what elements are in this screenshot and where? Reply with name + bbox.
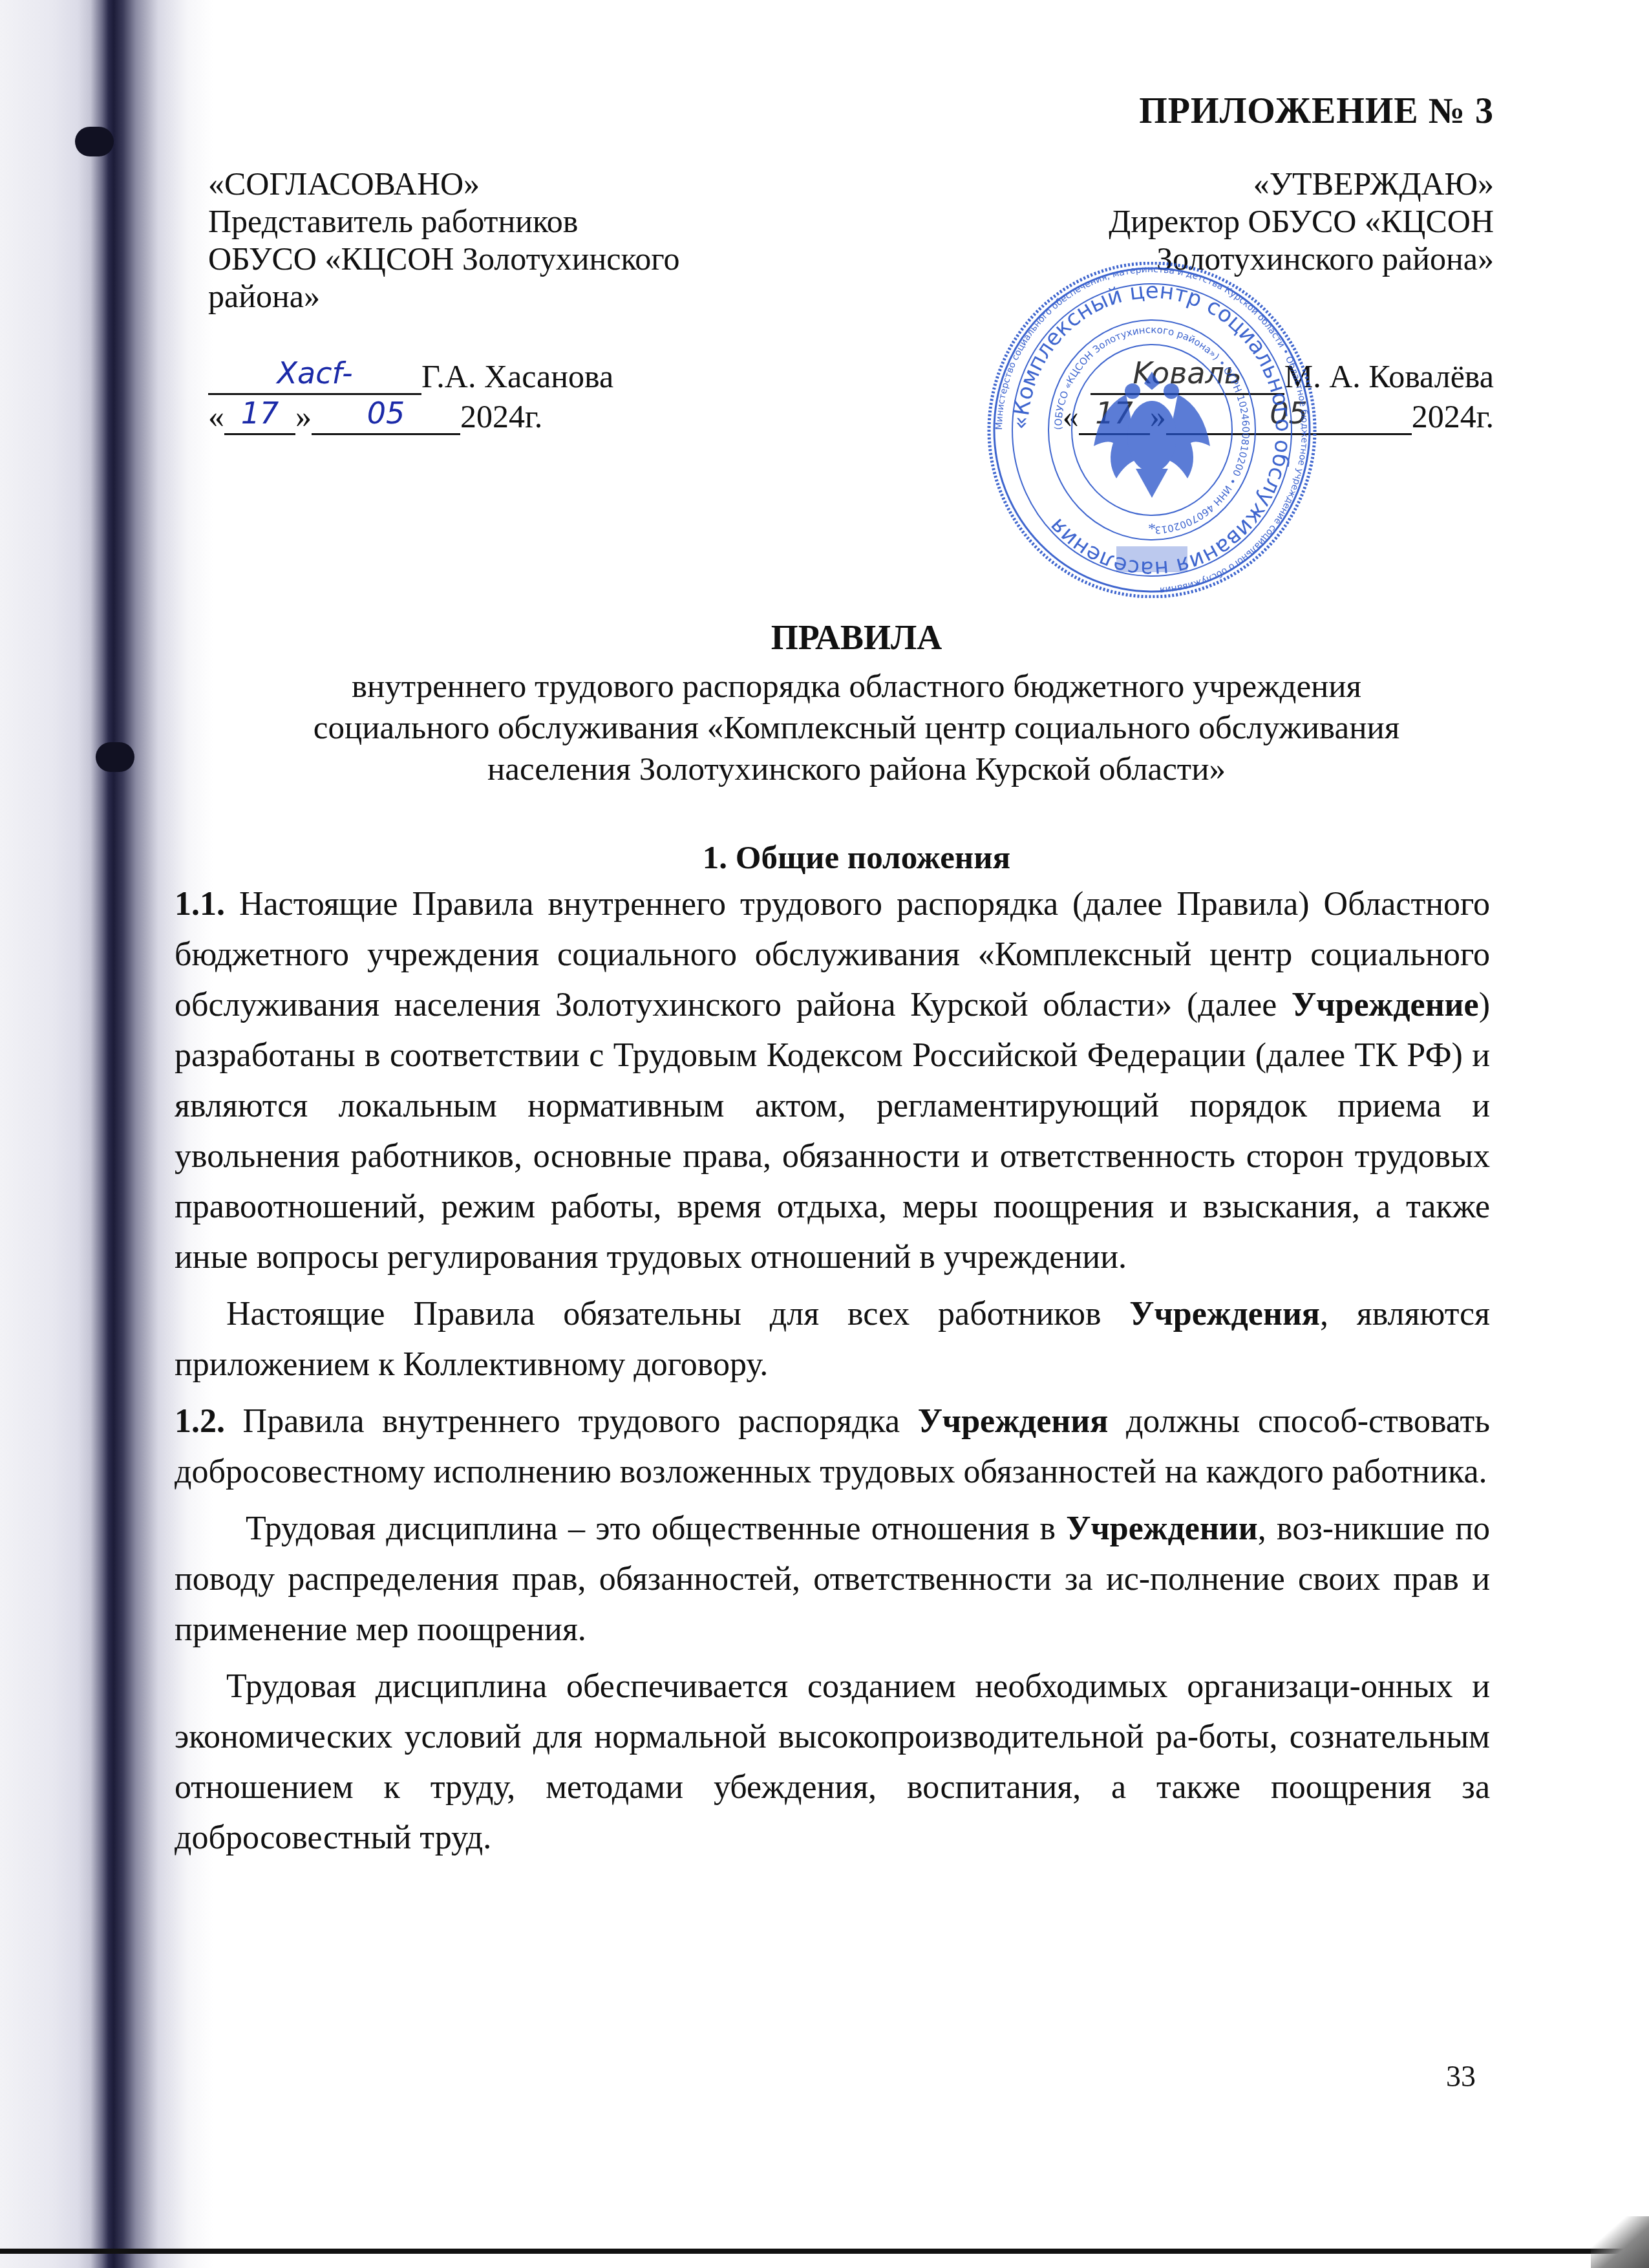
paragraph-rules-mandatory: Настоящие Правила обязательны для всех р… xyxy=(175,1289,1490,1390)
signature-field: Хасf- xyxy=(208,361,421,395)
agreed-line-2: ОБУСО «КЦСОН Золотухинского xyxy=(208,240,842,277)
section-heading: 1. Общие положения xyxy=(213,839,1500,877)
document-title: ПРАВИЛА xyxy=(213,617,1500,658)
subtitle-line: внутреннего трудового распорядка областн… xyxy=(213,666,1500,707)
agreed-line-3: района» xyxy=(208,277,842,315)
clause-number: 1.2. xyxy=(175,1403,225,1440)
date-day-field: 17 xyxy=(224,401,295,435)
agreed-date-line: « 17 » 05 2024г. xyxy=(208,398,842,435)
svg-text:*: * xyxy=(1148,520,1156,537)
quote-close: » xyxy=(295,398,312,435)
document-subtitle: внутреннего трудового распорядка областн… xyxy=(213,666,1500,790)
appendix-label: ПРИЛОЖЕНИЕ № 3 xyxy=(1139,91,1494,132)
signer-name: Г.А. Хасанова xyxy=(421,358,613,395)
approved-heading: «УТВЕРЖДАЮ» xyxy=(847,165,1494,202)
eagle-emblem-icon xyxy=(1094,372,1210,498)
page-number: 33 xyxy=(1446,2059,1476,2093)
section-body: 1.1. Настоящие Правила внутреннего трудо… xyxy=(175,879,1490,1863)
handwritten-day: 17 xyxy=(241,394,279,432)
agreed-heading: «СОГЛАСОВАНО» xyxy=(208,165,842,202)
bold-term: Учреждении xyxy=(1066,1510,1257,1547)
paragraph-discipline-definition: Трудовая дисциплина – это общественные о… xyxy=(175,1504,1490,1655)
document-page: ПРИЛОЖЕНИЕ № 3 «СОГЛАСОВАНО» Представите… xyxy=(0,0,1649,2268)
paragraph-1-2: 1.2. Правила внутреннего трудового распо… xyxy=(175,1396,1490,1497)
date-year: 2024г. xyxy=(460,398,542,435)
paragraph-text: Трудовая дисциплина – это общественные о… xyxy=(246,1510,1066,1547)
quote-open: « xyxy=(208,398,224,435)
date-year: 2024г. xyxy=(1412,398,1494,435)
clause-number: 1.1. xyxy=(175,886,225,923)
paragraph-text: Трудовая дисциплина обеспечивается созда… xyxy=(175,1668,1490,1856)
approval-block-agreed: «СОГЛАСОВАНО» Представитель работников О… xyxy=(208,165,842,435)
subtitle-line: социального обслуживания «Комплексный це… xyxy=(213,707,1500,749)
subtitle-line: населения Золотухинского района Курской … xyxy=(213,749,1500,790)
official-seal-stamp: Министерство социального обеспечения, ма… xyxy=(984,262,1320,598)
paragraph-1-1: 1.1. Настоящие Правила внутреннего трудо… xyxy=(175,879,1490,1283)
paragraph-text: Правила внутреннего трудового распорядка xyxy=(225,1403,918,1440)
bold-term: Учреждение xyxy=(1292,987,1479,1023)
agreed-signature-line: Хасf- Г.А. Хасанова xyxy=(208,358,842,395)
paragraph-text: Настоящие Правила обязательны для всех р… xyxy=(226,1296,1129,1332)
handwritten-month: 05 xyxy=(367,394,405,432)
approved-line-1: Директор ОБУСО «КЦСОН xyxy=(847,202,1494,240)
bold-term: Учреждения xyxy=(918,1403,1109,1440)
bold-term: Учреждения xyxy=(1129,1296,1320,1332)
paragraph-text: ) разработаны в соответствии с Трудовым … xyxy=(175,987,1490,1276)
handwritten-signature: Хасf- xyxy=(277,354,353,392)
agreed-line-1: Представитель работников xyxy=(208,202,842,240)
paragraph-discipline-provision: Трудовая дисциплина обеспечивается созда… xyxy=(175,1662,1490,1863)
date-month-field: 05 xyxy=(312,401,460,435)
